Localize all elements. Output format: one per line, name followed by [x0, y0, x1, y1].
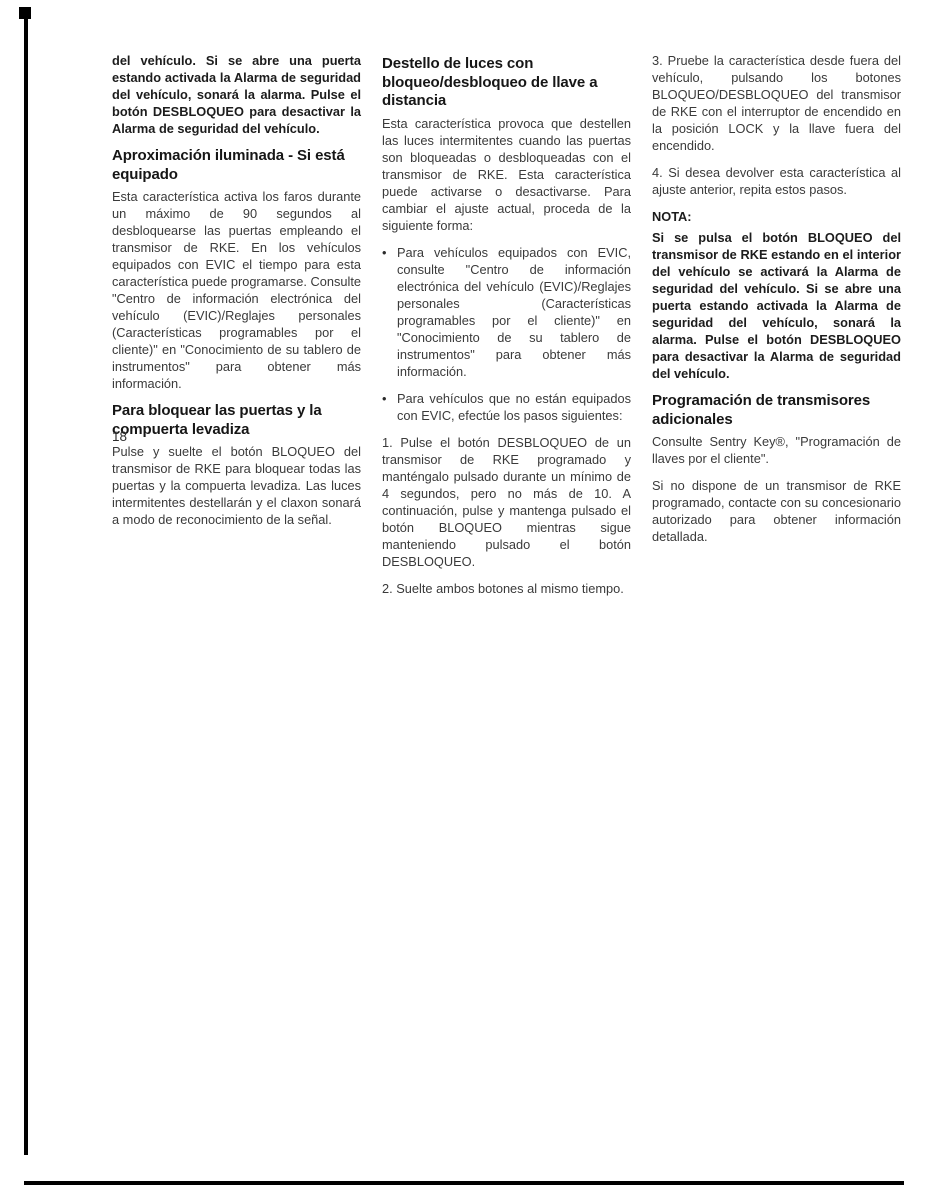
page-number: 18: [112, 429, 127, 445]
paragraph-illuminated-approach: Esta característica activa los faros dur…: [112, 188, 361, 392]
paragraph-alarm-continuation: del vehículo. Si se abre una puerta esta…: [112, 52, 361, 137]
nota-paragraph: Si se pulsa el botón BLOQUEO del transmi…: [652, 229, 901, 382]
paragraph-lock-doors: Pulse y suelte el botón BLOQUEO del tran…: [112, 443, 361, 528]
bullet-item-no-evic: • Para vehículos que no están equipados …: [382, 390, 631, 424]
heading-additional-transmitters: Programación de transmisores adicionales: [652, 392, 901, 429]
paragraph-no-transmitter: Si no dispone de un transmisor de RKE pr…: [652, 477, 901, 545]
column-right: 3. Pruebe la característica desde fuera …: [652, 52, 901, 607]
heading-flash-lights: Destello de luces con bloqueo/desbloqueo…: [382, 55, 631, 111]
heading-lock-doors: Para bloquear las puertas y la compuerta…: [112, 402, 361, 439]
heading-illuminated-approach: Aproximación iluminada - Si está equipad…: [112, 147, 361, 184]
bullet-item-evic: • Para vehículos equipados con EVIC, con…: [382, 244, 631, 380]
page-bottom-edge-mark: [24, 1181, 904, 1185]
paragraph-step-3: 3. Pruebe la característica desde fuera …: [652, 52, 901, 154]
paragraph-step-4: 4. Si desea devolver esta característica…: [652, 164, 901, 198]
column-left: del vehículo. Si se abre una puerta esta…: [112, 52, 361, 607]
nota-label: NOTA:: [652, 208, 901, 225]
page-left-edge-nub: [19, 7, 31, 19]
column-middle: Destello de luces con bloqueo/desbloqueo…: [382, 52, 631, 607]
bullet-text-evic: Para vehículos equipados con EVIC, consu…: [397, 244, 631, 380]
bullet-text-no-evic: Para vehículos que no están equipados co…: [397, 390, 631, 424]
bullet-icon: •: [382, 244, 397, 380]
page-content: del vehículo. Si se abre una puerta esta…: [112, 52, 900, 607]
paragraph-flash-lights-intro: Esta característica provoca que destelle…: [382, 115, 631, 234]
manual-page: del vehículo. Si se abre una puerta esta…: [0, 0, 927, 1200]
bullet-icon: •: [382, 390, 397, 424]
paragraph-step-2: 2. Suelte ambos botones al mismo tiempo.: [382, 580, 631, 597]
paragraph-step-1: 1. Pulse el botón DESBLOQUEO de un trans…: [382, 434, 631, 570]
paragraph-sentry-key: Consulte Sentry Key®, "Programación de l…: [652, 433, 901, 467]
page-left-edge-mark: [24, 7, 28, 1155]
